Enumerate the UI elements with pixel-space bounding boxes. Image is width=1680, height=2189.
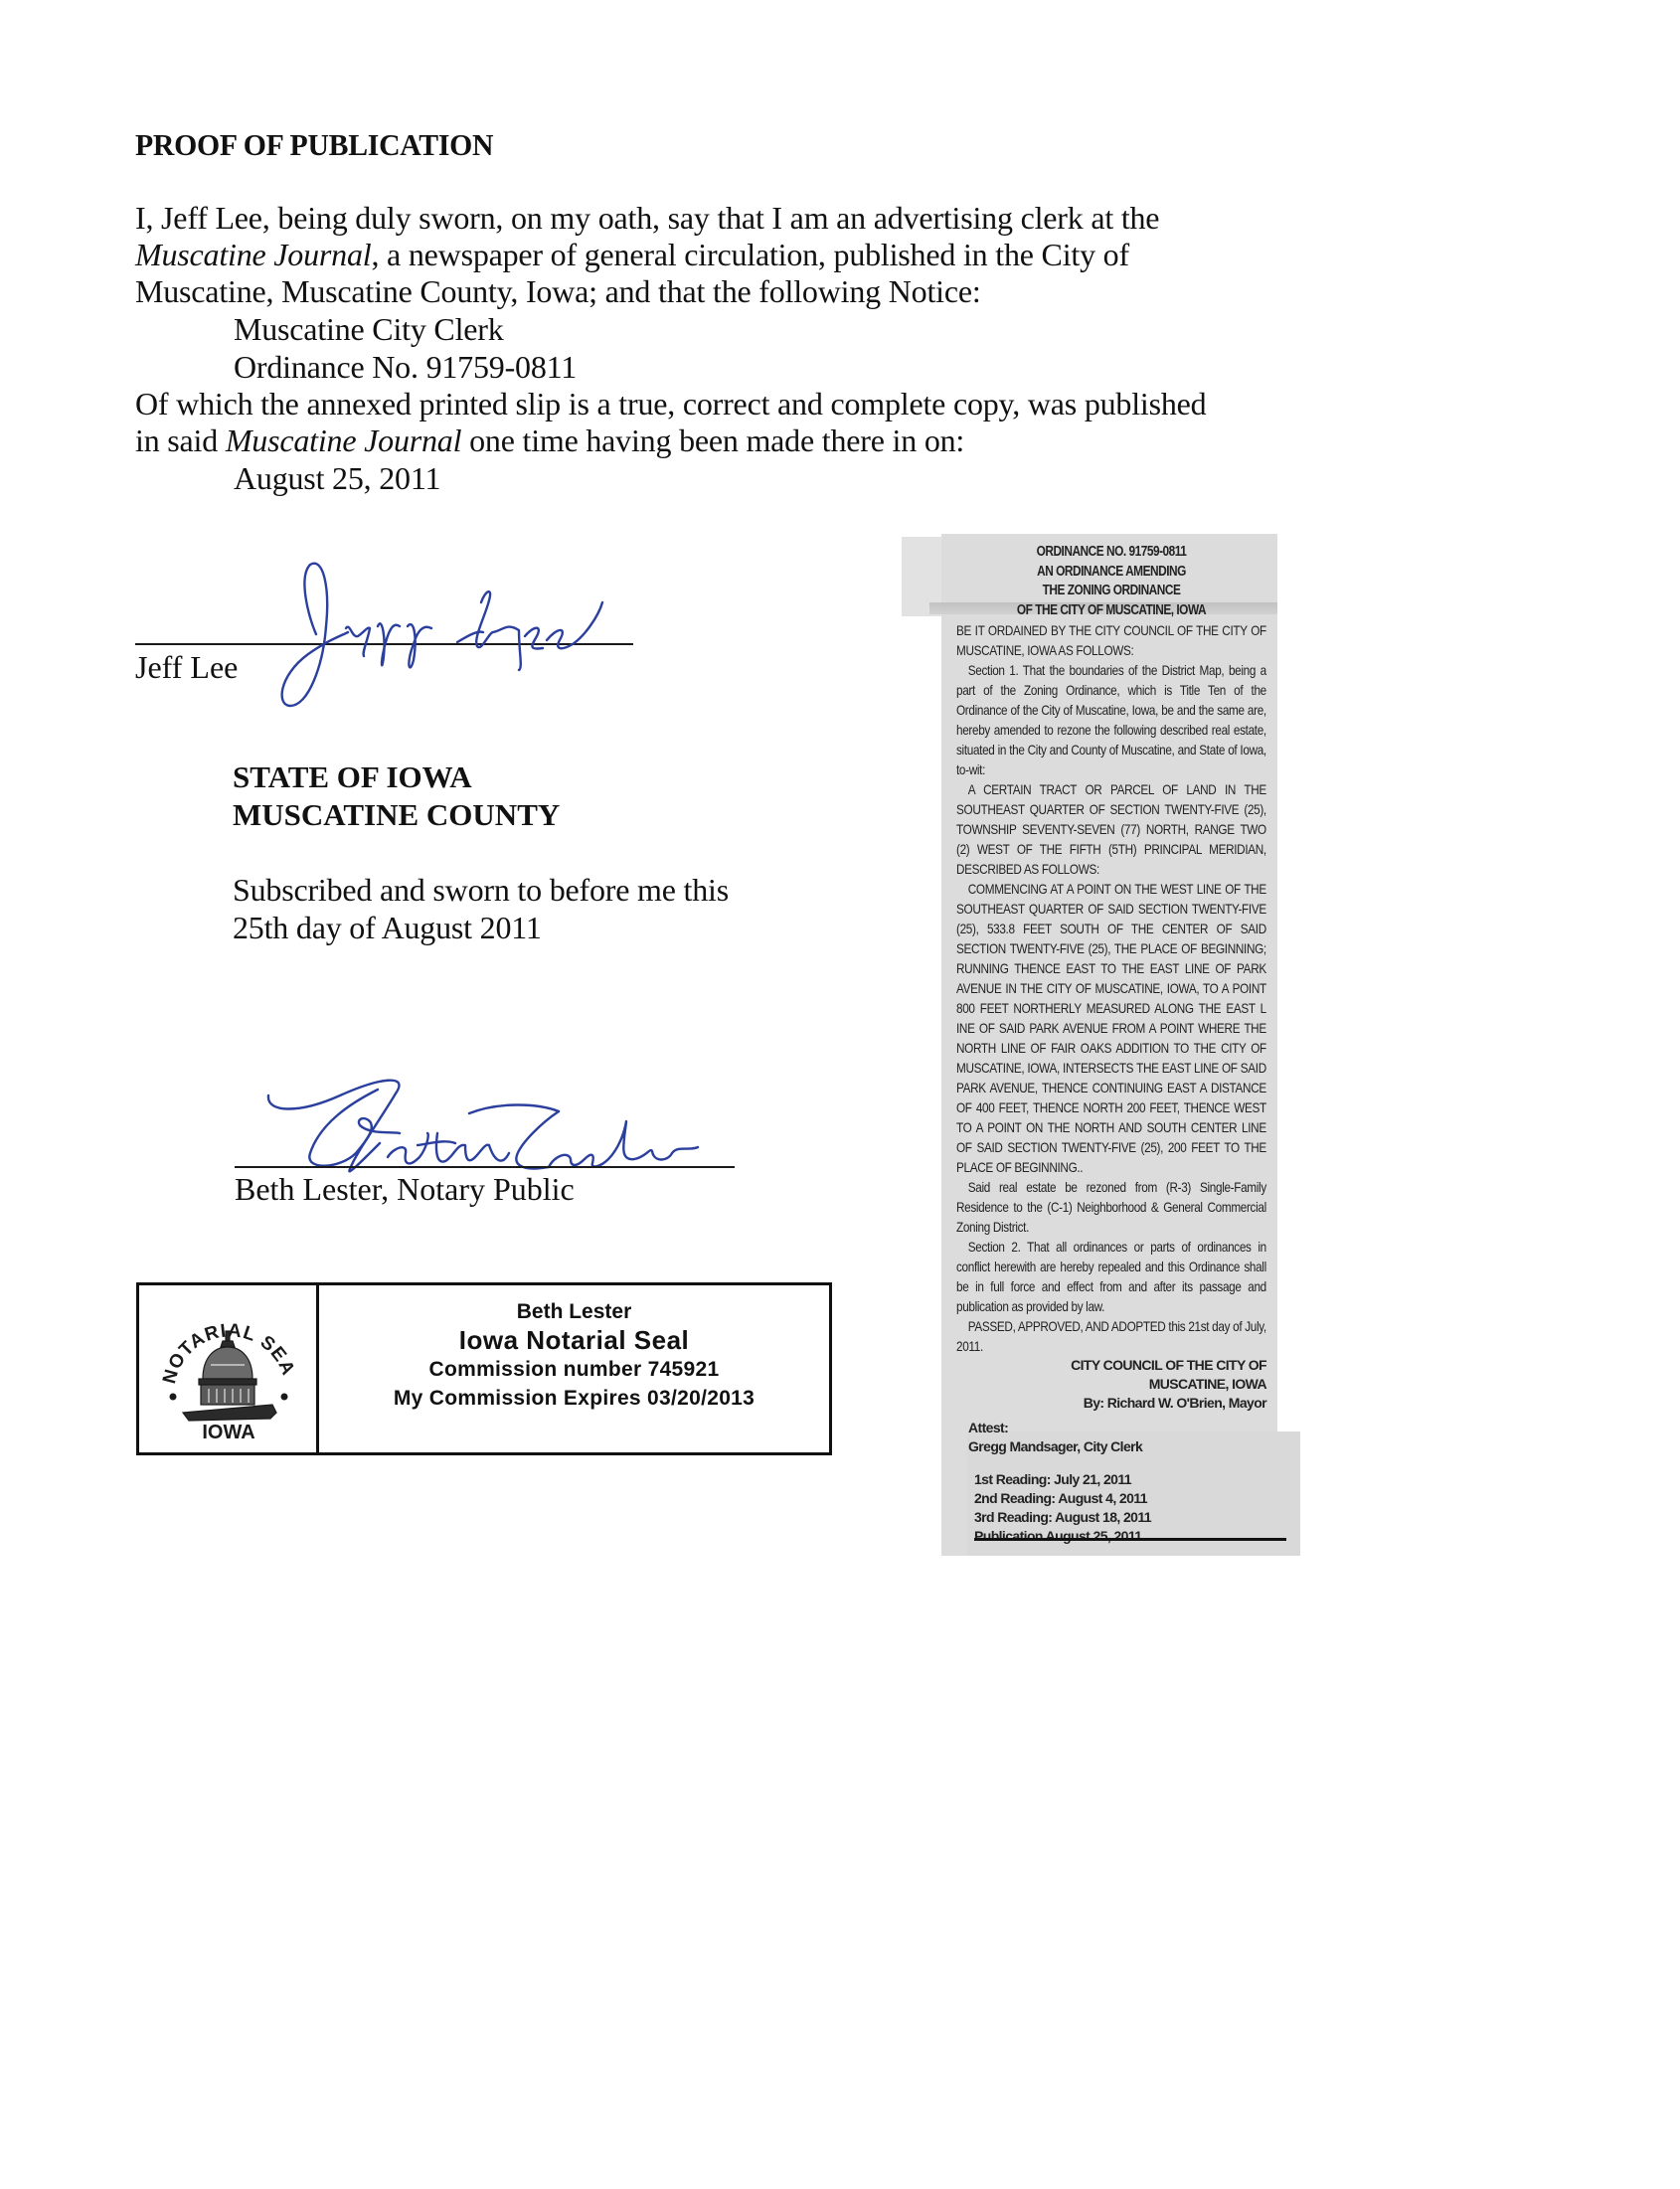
notary-caption: Beth Lester, Notary Public: [235, 1171, 575, 1208]
notary-seal-box: NOTARIAL SEAL IOWA Beth Lester Iowa Nota…: [136, 1282, 832, 1455]
affidavit-line-2-text: , a newspaper of general circulation, pu…: [371, 237, 1128, 272]
clipping-council-1: CITY COUNCIL OF THE CITY OF: [956, 1356, 1266, 1375]
notarial-seal-stamp-icon: NOTARIAL SEAL IOWA: [153, 1293, 302, 1444]
clipping-reading-1: 1st Reading: July 21, 2011: [956, 1470, 1266, 1489]
notice-from: Muscatine City Clerk: [234, 311, 504, 348]
clipping-attest-name: Gregg Mandsager, City Clerk: [956, 1437, 1266, 1456]
clipping-publication: Publication August 25, 2011: [956, 1527, 1266, 1546]
affidavit-line-1: I, Jeff Lee, being duly sworn, on my oat…: [135, 200, 1159, 237]
clipping-reading-2: 2nd Reading: August 4, 2011: [956, 1489, 1266, 1508]
affiant-signature: [268, 557, 626, 716]
commission-expiration: My Commission Expires 03/20/2013: [319, 1384, 829, 1413]
affidavit-line-3: Muscatine, Muscatine County, Iowa; and t…: [135, 273, 981, 310]
jurat-line-1: Subscribed and sworn to before me this: [233, 872, 729, 909]
affidavit-line-2: Muscatine Journal, a newspaper of genera…: [135, 237, 1129, 273]
clipping-adopted: PASSED, APPROVED, AND ADOPTED this 21st …: [956, 1316, 1266, 1356]
clipping-section-1: Section 1. That the boundaries of the Di…: [956, 660, 1266, 779]
clipping-tract: A CERTAIN TRACT OR PARCEL OF LAND IN THE…: [956, 779, 1266, 879]
clipping-preamble: BE IT ORDAINED BY THE CITY COUNCIL OF TH…: [956, 620, 1266, 660]
clipping-reading-3: 3rd Reading: August 18, 2011: [956, 1508, 1266, 1527]
clipping-mayor: By: Richard W. O'Brien, Mayor: [956, 1394, 1266, 1413]
notary-signature-line: [235, 1166, 735, 1168]
venue-state: STATE OF IOWA: [233, 759, 472, 795]
affidavit-line-7-pre: in said: [135, 422, 226, 458]
jurat-line-2: 25th day of August 2011: [233, 910, 542, 946]
publication-date: August 25, 2011: [234, 460, 440, 497]
clipping-headline-4: OF THE CITY OF MUSCATINE, IOWA: [984, 601, 1239, 621]
document-title: PROOF OF PUBLICATION: [135, 127, 493, 163]
notice-title: Ordinance No. 91759-0811: [234, 349, 577, 386]
affidavit-line-7: in said Muscatine Journal one time havin…: [135, 422, 964, 459]
clipping-council-2: MUSCATINE, IOWA: [956, 1375, 1266, 1394]
clipping-rezone: Said real estate be rezoned from (R-3) S…: [956, 1177, 1266, 1237]
clipping-headline-3: THE ZONING ORDINANCE: [984, 582, 1239, 601]
clipping-bottom-rule: [974, 1538, 1286, 1541]
newspaper-name: Muscatine Journal: [226, 422, 461, 458]
newspaper-name: Muscatine Journal: [135, 237, 371, 272]
clipping-headline-2: AN ORDINANCE AMENDING: [984, 563, 1239, 583]
affidavit-line-6: Of which the annexed printed slip is a t…: [135, 386, 1206, 422]
seal-title: Iowa Notarial Seal: [319, 1326, 829, 1355]
affidavit-line-7-text: one time having been made there in on:: [461, 422, 964, 458]
seal-bottom-text: IOWA: [202, 1422, 254, 1443]
clipping-description: COMMENCING AT A POINT ON THE WEST LINE O…: [956, 879, 1266, 1177]
clipping-headline-1: ORDINANCE NO. 91759-0811: [984, 543, 1239, 563]
seal-text-block: Beth Lester Iowa Notarial Seal Commissio…: [319, 1297, 829, 1413]
clipping-text: ORDINANCE NO. 91759-0811 AN ORDINANCE AM…: [956, 543, 1266, 1546]
clipping-attest-label: Attest:: [956, 1419, 1266, 1437]
venue-county: MUSCATINE COUNTY: [233, 797, 560, 833]
notary-name: Beth Lester: [319, 1297, 829, 1326]
commission-number: Commission number 745921: [319, 1355, 829, 1384]
clipping-section-2: Section 2. That all ordinances or parts …: [956, 1237, 1266, 1316]
affiant-name: Jeff Lee: [135, 649, 238, 686]
